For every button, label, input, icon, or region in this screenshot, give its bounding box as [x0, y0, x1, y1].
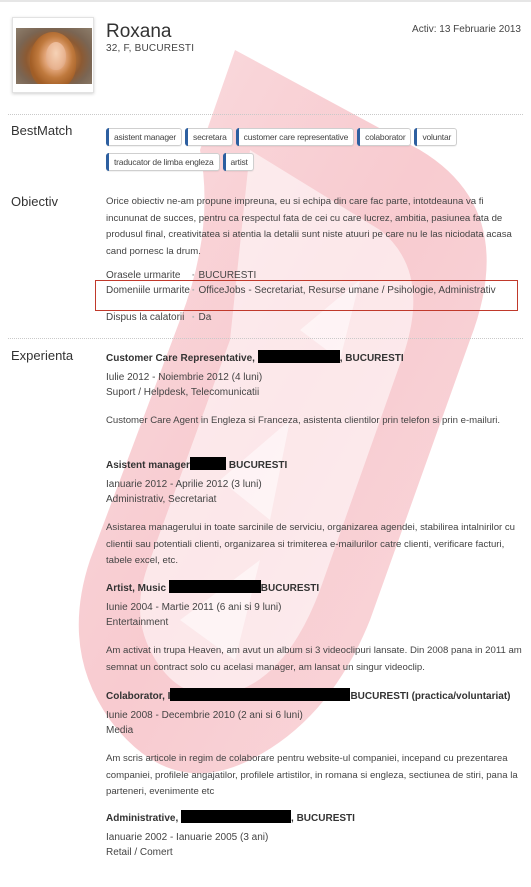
profile-photo-frame[interactable] [12, 17, 94, 93]
job-domain: Administrativ, Secretariat [106, 492, 526, 507]
job-title: Asistent managerBUCURESTI [106, 457, 526, 471]
job-title: Administrative, , BUCURESTI [106, 810, 526, 824]
job-title: Artist, Music BUCURESTI [106, 580, 526, 594]
job-meta: Ianuarie 2012 - Aprilie 2012 (3 luni) Ad… [106, 477, 526, 507]
job-location: , BUCURESTI [291, 813, 355, 824]
detail-value: Da [192, 312, 526, 324]
job-role: Administrative, [106, 813, 178, 824]
tag-traducator-de-limba-engleza[interactable]: traducator de limba engleza [106, 153, 220, 171]
job-domain: Media [106, 723, 526, 738]
objective-text: Orice obiectiv ne-am propune impreuna, e… [106, 194, 521, 260]
job-description: Customer Care Agent in Engleza si France… [106, 413, 526, 430]
job-period: Iunie 2008 - Decembrie 2010 (2 ani si 6 … [106, 708, 526, 723]
profile-header: Roxana 32, F, BUCURESTI Activ: 13 Februa… [0, 0, 531, 110]
job-period: Ianuarie 2012 - Aprilie 2012 (3 luni) [106, 477, 526, 492]
job-period: Iunie 2004 - Martie 2011 (6 ani si 9 lun… [106, 600, 526, 615]
tag-artist[interactable]: artist [223, 153, 254, 171]
job-title: Colaborator, IBUCURESTI (practica/volunt… [106, 688, 526, 702]
job-description: Asistarea managerului in toate sarcinile… [106, 520, 526, 570]
job-description: Am activat in trupa Heaven, am avut un a… [106, 643, 526, 676]
profile-photo [16, 28, 92, 84]
redacted-company [190, 457, 226, 470]
tag-colaborator[interactable]: colaborator [357, 128, 411, 146]
experience-heading: Experienta [11, 348, 73, 363]
tag-secretara[interactable]: secretara [185, 128, 233, 146]
candidate-age-gender-city: 32, F, BUCURESTI [106, 43, 194, 54]
redacted-company [258, 350, 340, 363]
job-period: Iulie 2012 - Noiembrie 2012 (4 luni) [106, 370, 526, 385]
bestmatch-heading: BestMatch [11, 123, 72, 138]
job-meta: Ianuarie 2002 - Ianuarie 2005 (3 ani) Re… [106, 830, 526, 860]
detail-key: Dispus la calatorii [106, 312, 192, 324]
job-role: Customer Care Representative, [106, 353, 255, 364]
last-active-date: Activ: 13 Februarie 2013 [412, 24, 521, 35]
job-location: BUCURESTI (practica/voluntariat) [350, 691, 510, 702]
job-meta: Iunie 2008 - Decembrie 2010 (2 ani si 6 … [106, 708, 526, 738]
job-location: , BUCURESTI [340, 353, 404, 364]
job-domain: Retail / Comert [106, 845, 526, 860]
tag-voluntar[interactable]: voluntar [414, 128, 457, 146]
job-meta: Iulie 2012 - Noiembrie 2012 (4 luni) Sup… [106, 370, 526, 400]
detail-row-travel: Dispus la calatorii Da [106, 312, 526, 324]
experience-item: Artist, Music BUCURESTI Iunie 2004 - Mar… [106, 580, 526, 676]
job-description: Am scris articole in regim de colaborare… [106, 751, 526, 801]
job-role: Asistent manager [106, 460, 190, 471]
photo-face [46, 42, 66, 70]
tag-asistent-manager[interactable]: asistent manager [106, 128, 182, 146]
section-divider [8, 114, 523, 115]
experience-item: Administrative, , BUCURESTI Ianuarie 200… [106, 810, 526, 860]
redacted-company [169, 580, 261, 593]
candidate-name: Roxana [106, 21, 172, 43]
redacted-company [170, 688, 350, 701]
job-period: Ianuarie 2002 - Ianuarie 2005 (3 ani) [106, 830, 526, 845]
experience-item: Asistent managerBUCURESTI Ianuarie 2012 … [106, 457, 526, 570]
job-location: BUCURESTI [229, 460, 287, 471]
job-meta: Iunie 2004 - Martie 2011 (6 ani si 9 lun… [106, 600, 526, 630]
experience-item: Colaborator, IBUCURESTI (practica/volunt… [106, 688, 526, 801]
experience-item: Customer Care Representative, , BUCUREST… [106, 350, 526, 430]
objective-heading: Obiectiv [11, 194, 58, 209]
job-location: BUCURESTI [261, 583, 319, 594]
job-domain: Suport / Helpdesk, Telecomunicatii [106, 385, 526, 400]
highlight-annotation-box [95, 280, 518, 311]
section-divider [8, 338, 523, 339]
tag-customer-care-representative[interactable]: customer care representative [236, 128, 354, 146]
job-role: Artist, Music [106, 583, 166, 594]
job-title: Customer Care Representative, , BUCUREST… [106, 350, 526, 364]
job-role: Colaborator, I [106, 691, 170, 702]
job-domain: Entertainment [106, 615, 526, 630]
bestmatch-tags: asistent managersecretaracustomer care r… [106, 127, 486, 177]
redacted-company [181, 810, 291, 823]
